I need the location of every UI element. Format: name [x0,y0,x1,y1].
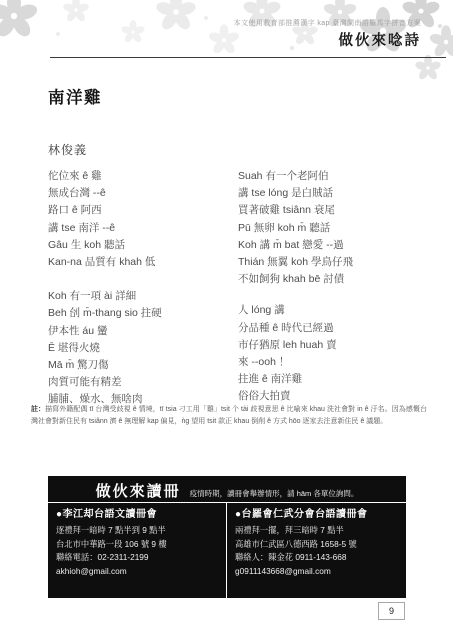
stanza: 人 lóng 講分品種 ê 時代已經過市仔猶原 leh huah 賣來 --oo… [238,302,433,405]
poem-author: 林俊義 [48,141,87,158]
stanza: 佗位來 ê 雞無成台灣 --ê路口 ê 阿西講 tse 南洋 --êGâu 生 … [48,168,233,271]
poem-line: Kan-na 品質有 khah 低 [48,254,233,271]
group-name: ●李江却台語文讀冊會 [56,508,218,522]
group-detail-line: g0911143668@gmail.com [235,565,398,579]
poem-line: Mā m̄ 驚刀傷 [48,357,233,374]
poem-line: 講 tse 南洋 --ê [48,220,233,237]
series-title: 做伙來唸詩 [234,32,421,50]
poem-title: 南洋雞 [48,84,102,108]
poem-line: Suah 有一个老阿伯 [238,168,433,185]
page-number: 9 [378,602,405,620]
poem-line: 分品種 ê 時代已經過 [238,320,433,337]
poem-line: 拄進 ê 南洋雞 [238,371,433,388]
poem-line: 市仔猶原 leh huah 賣 [238,337,433,354]
poem-line: Gâu 生 koh 聽話 [48,237,233,254]
reading-club-header: 做伙來讀冊 疫情時期，讀冊會舉辦情形，請 hām 各單位詢問。 [48,476,406,503]
reading-club-group-1: ●李江却台語文讀冊會 逐禮拜一暗時 7 點半到 9 點半台北市中華路一段 106… [48,503,227,598]
poem-line: 來 --ooh ！ [238,354,433,371]
poem-line: 買著破雞 tsiânn 衰尾 [238,202,433,219]
poem-line: Beh 刣 m̄-thang sio 拄硬 [48,305,233,322]
footnote: 註：描寫外籍配偶 tī 台灣受歧視 ê 情境，tī tsia 刁工用「雞」tsi… [31,404,427,427]
group-detail-line: 台北市中華路一段 106 號 9 樓 [56,538,218,552]
poem-line: 講 tse lóng 是白賊話 [238,185,433,202]
poem-line: 伊本性 áu 蠻 [48,323,233,340]
poem-line: Thián 無翼 koh 學鳥仔飛 [238,254,433,271]
reading-club-columns: ●李江却台語文讀冊會 逐禮拜一暗時 7 點半到 9 點半台北市中華路一段 106… [48,503,406,598]
poem-line: Koh 講 m̄ bat 戀愛 --過 [238,237,433,254]
poem-column-right: Suah 有一个老阿伯講 tse lóng 是白賊話買著破雞 tsiânn 衰尾… [238,168,433,406]
footnote-text: 描寫外籍配偶 tī 台灣受歧視 ê 情境，tī tsia 刁工用「雞」tsit … [31,406,427,425]
page-header: 本文使用教育部推薦漢字 kap 臺灣閩南語羅馬字拼音方案 做伙來唸詩 [234,19,421,50]
group-detail-line: 聯絡電話：02-2311-2199 [56,551,218,565]
reading-club-title: 做伙來讀冊 [96,480,181,501]
poem-line: 佗位來 ê 雞 [48,168,233,185]
stanza: Koh 有一項 ài 詳細Beh 刣 m̄-thang sio 拄硬伊本性 áu… [48,288,233,408]
covid-notice: 疫情時期，讀冊會舉辦情形，請 hām 各單位詢問。 [190,488,359,499]
reading-club-group-2: ●台羅會仁武分會台語讀冊會 兩禮拜一擺，拜三暗時 7 點半高雄市仁武區八德西路 … [227,503,406,598]
group-detail-line: 兩禮拜一擺，拜三暗時 7 點半 [235,524,398,538]
footnote-label: 註： [31,406,45,413]
poem-line: 人 lóng 講 [238,302,433,319]
poem-line: 無成台灣 --ê [48,185,233,202]
poem-line: 肉質可能有精差 [48,374,233,391]
poem-line: Ē 堪得火燒 [48,340,233,357]
group-detail-line: 聯絡人：陳金花 0911-143-668 [235,551,398,565]
group-detail-line: akhioh@gmail.com [56,565,218,579]
header-divider [50,57,446,58]
reading-club-panel: 做伙來讀冊 疫情時期，讀冊會舉辦情形，請 hām 各單位詢問。 ●李江却台語文讀… [48,476,406,598]
group-name: ●台羅會仁武分會台語讀冊會 [235,508,398,522]
stanza: Suah 有一个老阿伯講 tse lóng 是白賊話買著破雞 tsiânn 衰尾… [238,168,433,288]
poem-line: Koh 有一項 ài 詳細 [48,288,233,305]
poem-line: Pū 無卵 koh m̄ 聽話 [238,220,433,237]
group-detail-line: 逐禮拜一暗時 7 點半到 9 點半 [56,524,218,538]
stanza-gap [238,288,433,302]
document-page: 本文使用教育部推薦漢字 kap 臺灣閩南語羅馬字拼音方案 做伙來唸詩 南洋雞 林… [0,0,453,640]
poem-line: 不如飼狗 khah bē 討債 [238,271,433,288]
orthography-note: 本文使用教育部推薦漢字 kap 臺灣閩南語羅馬字拼音方案 [234,19,421,28]
group-detail-line: 高雄市仁武區八德西路 1658-5 號 [235,538,398,552]
poem-line: 路口 ê 阿西 [48,202,233,219]
poem-column-left: 佗位來 ê 雞無成台灣 --ê路口 ê 阿西講 tse 南洋 --êGâu 生 … [48,168,233,409]
stanza-gap [48,271,233,288]
group-details: 兩禮拜一擺，拜三暗時 7 點半高雄市仁武區八德西路 1658-5 號聯絡人：陳金… [235,524,398,578]
group-details: 逐禮拜一暗時 7 點半到 9 點半台北市中華路一段 106 號 9 樓聯絡電話：… [56,524,218,578]
